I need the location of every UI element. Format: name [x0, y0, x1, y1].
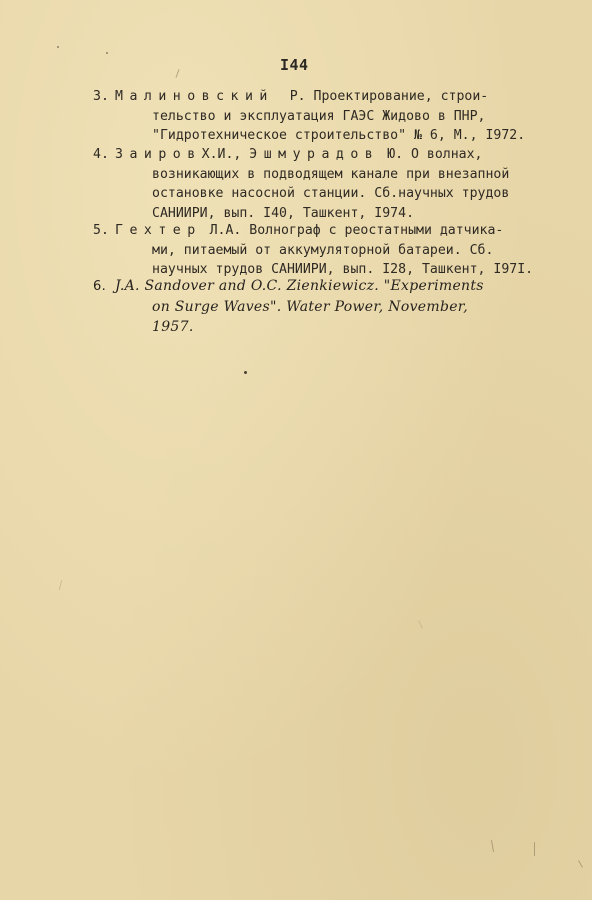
paper-fiber — [534, 842, 535, 856]
paper-fiber — [175, 69, 179, 78]
reference-author: Гехтер — [115, 223, 202, 238]
reference-author: Заиров — [115, 147, 202, 162]
paper-fiber — [418, 620, 423, 629]
reference-number: 6. — [93, 277, 115, 297]
page-number: I44 — [280, 56, 309, 74]
reference-initials: Х.И., — [202, 147, 250, 162]
reference-text: J.A. Sandover and O.C. Zienkiewicz. "Exp… — [115, 278, 484, 294]
reference-line: ми, питаемый от аккумуляторной батареи. … — [93, 241, 563, 261]
reference-number: 4. — [93, 145, 115, 165]
reference-number: 3. — [93, 87, 115, 107]
reference-line: тельство и эксплуатация ГАЭС Жидово в ПН… — [93, 107, 563, 127]
reference-text: Л.А. Волнограф с реостатными датчика- — [202, 223, 504, 238]
reference-line: "Гидротехническое строительство" № 6, М.… — [93, 126, 563, 146]
paper-speck — [106, 52, 108, 54]
reference-coauthor: Эшмурадов — [249, 147, 379, 162]
reference-text: Р. Проектирование, строи- — [290, 89, 489, 104]
reference-item-5: 5.Гехтер Л.А. Волнограф с реостатными да… — [93, 221, 563, 280]
reference-line: остановке насосной станции. Сб.научных т… — [93, 184, 563, 204]
paper-fiber — [59, 580, 63, 590]
reference-line: 1957. — [93, 317, 563, 337]
reference-line: 4.ЗаировХ.И., Эшмурадов Ю. О волнах, — [93, 145, 563, 165]
reference-item-4: 4.ЗаировХ.И., Эшмурадов Ю. О волнах, воз… — [93, 145, 563, 223]
paper-speck — [244, 371, 247, 374]
reference-line: 5.Гехтер Л.А. Волнограф с реостатными да… — [93, 221, 563, 241]
reference-line: 3.Малиновский Р. Проектирование, строи- — [93, 87, 563, 107]
reference-number: 5. — [93, 221, 115, 241]
reference-line: возникающих в подводящем канале при внез… — [93, 165, 563, 185]
paper-fiber — [491, 840, 494, 852]
paper-fiber — [578, 860, 583, 867]
document-page: I44 3.Малиновский Р. Проектирование, стр… — [0, 0, 592, 900]
reference-item-6-handwritten: 6.J.A. Sandover and O.C. Zienkiewicz. "E… — [93, 276, 563, 337]
reference-author: Малиновский — [115, 89, 274, 104]
reference-item-3: 3.Малиновский Р. Проектирование, строи- … — [93, 87, 563, 146]
reference-line: 6.J.A. Sandover and O.C. Zienkiewicz. "E… — [93, 276, 563, 297]
reference-line: on Surge Waves". Water Power, November, — [93, 297, 563, 317]
paper-speck — [57, 46, 59, 48]
reference-text: Ю. О волнах, — [379, 147, 482, 162]
